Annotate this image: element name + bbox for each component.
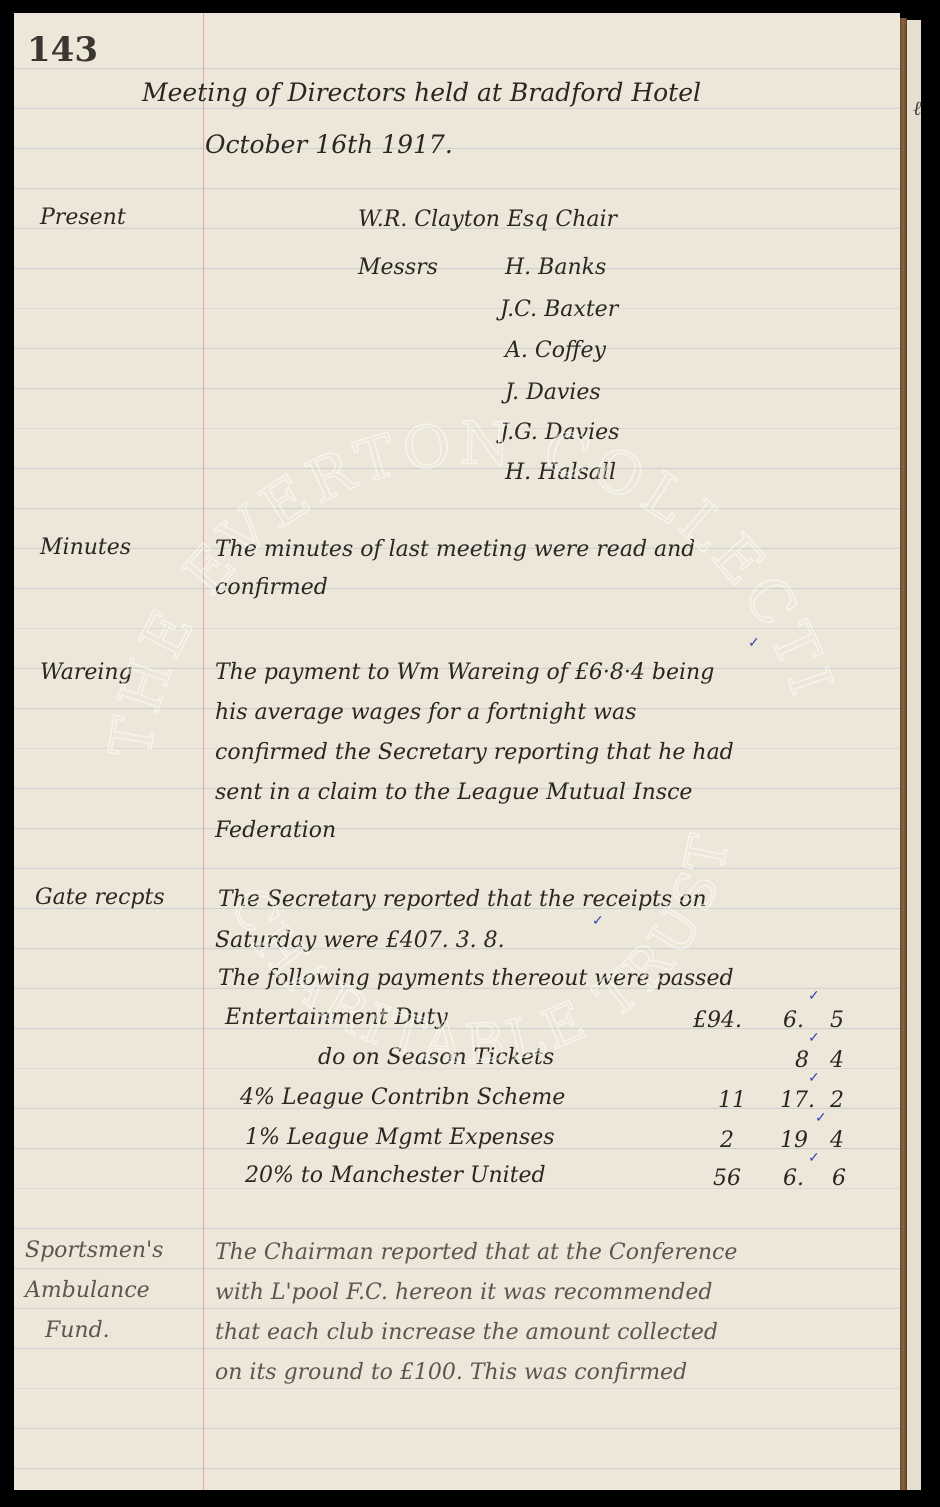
checkmark-icon: ✓ [808, 1030, 820, 1046]
payment-pounds: £94. [693, 1008, 742, 1033]
gate-text-line: The following payments thereout were pas… [218, 966, 734, 991]
payment-pounds: 56 [713, 1166, 741, 1191]
member-name: J. Davies [505, 380, 601, 405]
payment-desc: do on Season Tickets [318, 1045, 554, 1070]
messrs-label: Messrs [358, 255, 438, 280]
wareing-text-line: his average wages for a fortnight was [215, 700, 636, 725]
present-label: Present [40, 205, 126, 230]
book-spine [900, 18, 907, 1490]
minutes-text-line: confirmed [215, 575, 328, 600]
payment-shillings: 6. [783, 1008, 804, 1033]
payment-desc: Entertainment Duty [225, 1005, 448, 1030]
member-name: J.C. Baxter [500, 297, 618, 322]
checkmark-icon: ✓ [808, 1070, 820, 1086]
page-number: 143 [27, 30, 98, 70]
ambulance-text-line: The Chairman reported that at the Confer… [215, 1240, 737, 1265]
payment-desc: 20% to Manchester United [245, 1163, 546, 1188]
ambulance-fund-label: Sportsmen's [25, 1238, 163, 1263]
ambulance-text-line: on its ground to £100. This was confirme… [215, 1360, 687, 1385]
payment-shillings: 17. [780, 1088, 815, 1113]
payment-pence: 4 [830, 1048, 844, 1073]
wareing-text-line: The payment to Wm Wareing of £6·8·4 bein… [215, 660, 714, 685]
payment-shillings: 6. [783, 1166, 804, 1191]
checkmark-icon: ✓ [808, 1150, 820, 1166]
minutes-text-line: The minutes of last meeting were read an… [215, 537, 695, 562]
payment-shillings: 8 [795, 1048, 809, 1073]
checkmark-icon: ✓ [592, 913, 604, 929]
wareing-text-line: sent in a claim to the League Mutual Ins… [215, 780, 692, 805]
ambulance-text-line: with L'pool F.C. hereon it was recommend… [215, 1280, 712, 1305]
ambulance-text-line: that each club increase the amount colle… [215, 1320, 718, 1345]
adjacent-page-edge [907, 20, 921, 1490]
member-name: A. Coffey [505, 338, 606, 363]
wareing-label: Wareing [40, 660, 133, 685]
member-name: H. Banks [505, 255, 606, 280]
gate-text-line: Saturday were £407. 3. 8. [215, 928, 505, 953]
payment-pounds: 2 [720, 1128, 734, 1153]
margin-rule [203, 13, 204, 1490]
payment-desc: 1% League Mgmt Expenses [245, 1125, 555, 1150]
minutes-label: Minutes [40, 535, 131, 560]
checkmark-icon: ✓ [815, 1110, 827, 1126]
member-name: H. Halsall [505, 460, 616, 485]
wareing-text-line: Federation [215, 818, 336, 843]
meeting-date: October 16th 1917. [205, 130, 453, 159]
gate-text-line: The Secretary reported that the receipts… [218, 887, 707, 912]
gate-receipts-label: Gate recpts [35, 885, 165, 910]
payment-pence: 4 [830, 1128, 844, 1153]
meeting-title: Meeting of Directors held at Bradford Ho… [142, 78, 701, 107]
payment-pounds: 11 [718, 1088, 746, 1113]
checkmark-icon: ✓ [808, 988, 820, 1004]
member-name: J.G. Davies [500, 420, 619, 445]
payment-desc: 4% League Contribn Scheme [240, 1085, 565, 1110]
adjacent-page-glyph: ℓ [913, 96, 921, 121]
wareing-text-line: confirmed the Secretary reporting that h… [215, 740, 734, 765]
payment-shillings: 19 [780, 1128, 808, 1153]
payment-pence: 5 [830, 1008, 844, 1033]
ambulance-fund-label: Ambulance [25, 1278, 150, 1303]
checkmark-icon: ✓ [748, 635, 760, 651]
payment-pence: 6 [832, 1166, 846, 1191]
ambulance-fund-label: Fund. [45, 1318, 110, 1343]
payment-pence: 2 [830, 1088, 844, 1113]
chair-line: W.R. Clayton Esq Chair [358, 207, 617, 232]
